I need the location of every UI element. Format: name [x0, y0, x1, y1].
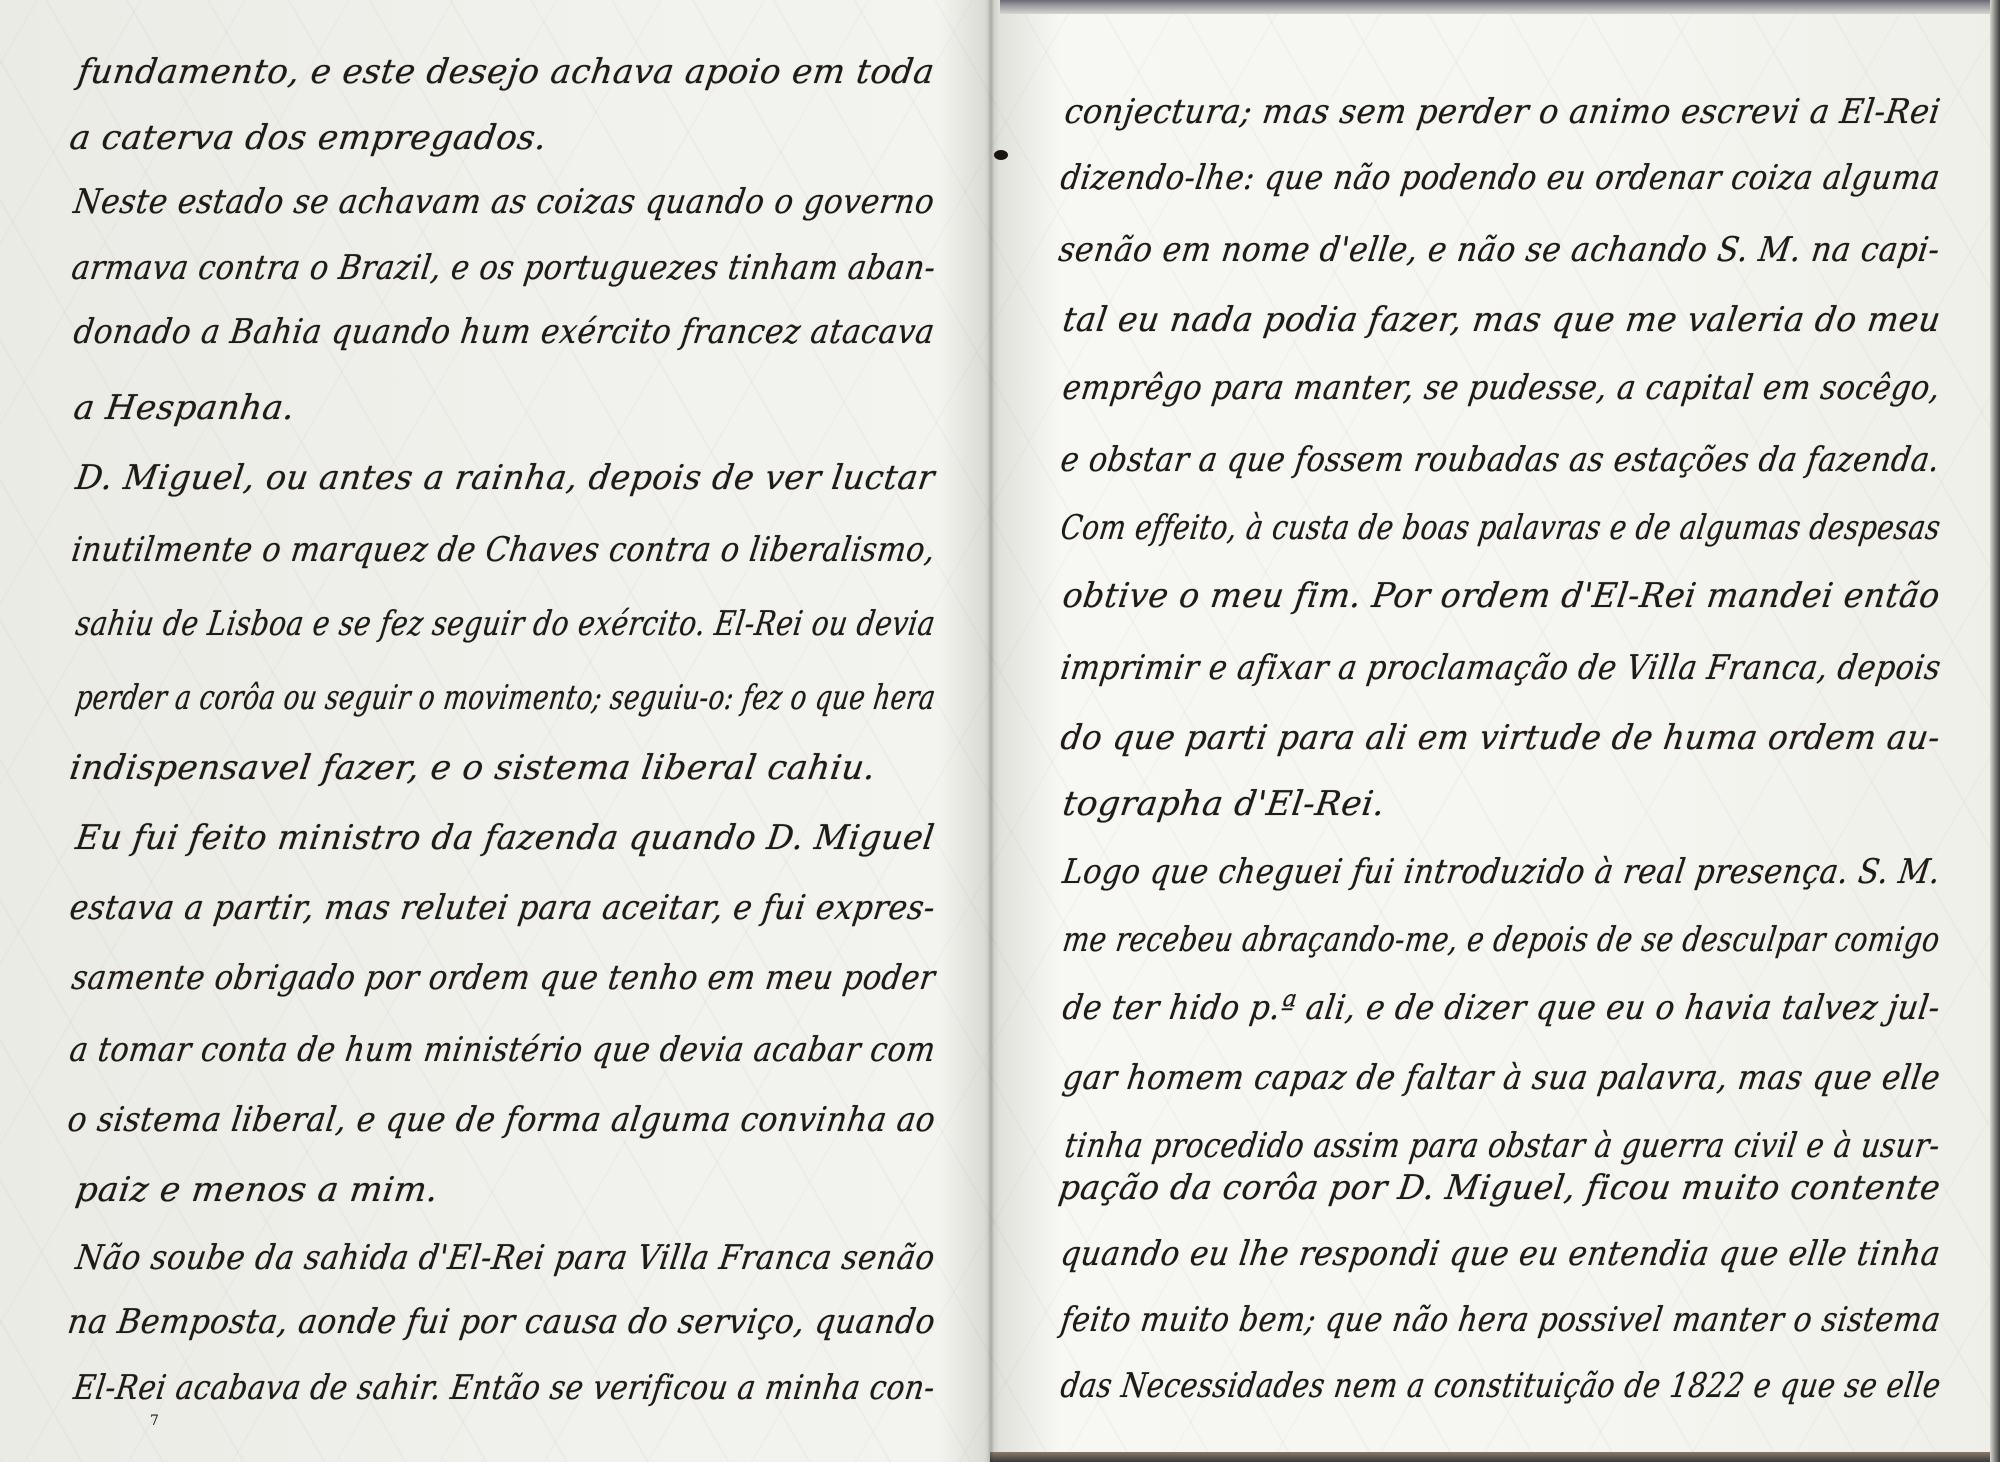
text-line: inutilmente o marquez de Chaves contra o… [69, 530, 938, 570]
text-line: imprimir e afixar a proclamação de Villa… [1058, 648, 1943, 688]
text-line: Logo que cheguei fui introduzido à real … [1060, 852, 1943, 892]
text-line: me recebeu abraçando-me, e depois de se … [1060, 920, 1942, 960]
text-line: conjectura; mas sem perder o animo escre… [1062, 92, 1943, 132]
text-line: quando eu lhe respondi que eu entendia q… [1058, 1234, 1943, 1274]
text-line: senão em nome d'elle, e não se achando S… [1056, 230, 1942, 270]
text-line: El-Rei acabava de sahir. Então se verifi… [71, 1368, 937, 1408]
text-line: do que parti para ali em virtude de huma… [1058, 718, 1943, 758]
text-line: e obstar a que fossem roubadas as estaçõ… [1058, 440, 1942, 480]
text-line: tinha procedido assim para obstar à guer… [1062, 1126, 1942, 1166]
book-gutter [988, 0, 994, 1462]
footer-mark: 7 [150, 1413, 159, 1429]
page-right-edge [1990, 0, 2000, 1462]
text-line: sahiu de Lisboa e se fez seguir do exérc… [73, 604, 938, 644]
text-line: samente obrigado por ordem que tenho em … [69, 958, 938, 998]
text-line: Neste estado se achavam as coizas quando… [71, 182, 937, 222]
text-line: obtive o meu fim. Por ordem d'El-Rei man… [1060, 576, 1942, 616]
text-line: de ter hido p.ª ali, e de dizer que eu o… [1060, 988, 1943, 1028]
text-line: fundamento, e este desejo achava apoio e… [75, 52, 937, 92]
text-line: armava contra o Brazil, e os portuguezes… [69, 248, 938, 288]
left-page: fundamento, e este desejo achava apoio e… [0, 0, 985, 1462]
text-line: Eu fui feito ministro da fazenda quando … [73, 818, 937, 858]
manuscript-spread: fundamento, e este desejo achava apoio e… [0, 0, 2000, 1462]
text-line: paiz e menos a mim. [73, 1170, 441, 1210]
text-line: o sistema liberal, e que de forma alguma… [65, 1100, 938, 1140]
text-line: das Necessidades nem a constituição de 1… [1058, 1366, 1943, 1406]
text-line: dizendo-lhe: que não podendo eu ordenar … [1058, 158, 1942, 198]
text-line: a caterva dos empregados. [67, 118, 549, 158]
text-line: perder a corôa ou seguir o movimento; se… [73, 678, 938, 718]
text-line: emprêgo para manter, se pudesse, a capit… [1060, 368, 1943, 408]
right-page: conjectura; mas sem perder o animo escre… [1005, 0, 1990, 1462]
text-line: pação da corôa por D. Miguel, ficou muit… [1056, 1168, 1943, 1208]
text-line: D. Miguel, ou antes a rainha, depois de … [73, 458, 937, 498]
text-line: gar homem capaz de faltar à sua palavra,… [1060, 1058, 1943, 1098]
text-line: a tomar conta de hum ministério que devi… [67, 1030, 938, 1070]
text-line: Com effeito, à custa de boas palavras e … [1058, 508, 1943, 548]
text-line: indispensavel fazer, e o sistema liberal… [67, 748, 878, 788]
text-line: na Bemposta, aonde fui por causa do serv… [65, 1302, 938, 1342]
text-line: estava a partir, mas relutei para aceita… [67, 888, 938, 928]
text-line: tal eu nada podia fazer, mas que me vale… [1060, 300, 1943, 340]
text-line: feito muito bem; que não hera possivel m… [1058, 1300, 1943, 1340]
text-line: a Hespanha. [71, 388, 297, 428]
text-line: Não soube da sahida d'El-Rei para Villa … [73, 1238, 937, 1278]
text-line: donado a Bahia quando hum exército franc… [71, 312, 937, 352]
text-line: tographa d'El-Rei. [1060, 784, 1387, 824]
